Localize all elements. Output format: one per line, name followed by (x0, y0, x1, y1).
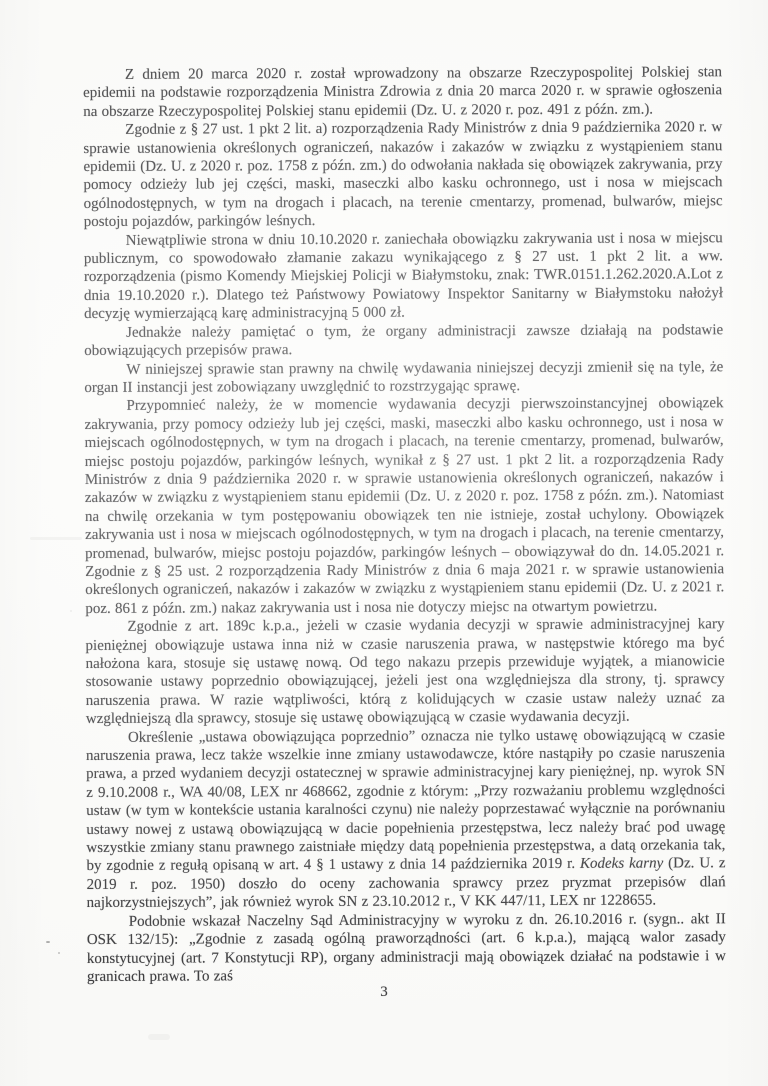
paragraph-text: Podobnie wskazał Naczelny Sąd Administra… (87, 911, 726, 985)
paragraph-epidemic-declaration: Z dniem 20 marca 2020 r. został wprowadz… (83, 63, 722, 121)
scan-smudge (148, 1034, 170, 1040)
paragraph-obligation-repealed: Przypomnieć należy, że w momencie wydawa… (84, 395, 724, 619)
paragraph-text: Przypomnieć należy, że w momencie wydawa… (85, 396, 725, 617)
paragraph-text: Określenie „ustawa obowiązująca poprzedn… (86, 727, 725, 875)
scan-speck (58, 952, 60, 954)
paragraph-administration-principle: Jednakże należy pamiętać o tym, że organ… (84, 321, 723, 361)
paragraph-regulation-27: Zgodnie z § 27 ust. 1 pkt 2 lit. a) rozp… (83, 118, 722, 231)
paragraph-art-189c: Zgodnie z art. 189c k.p.a., jeżeli w cza… (85, 615, 724, 728)
paragraph-nsa-ruling: Podobnie wskazał Naczelny Sąd Administra… (87, 910, 726, 986)
paragraph-text: Zgodnie z art. 189c k.p.a., jeżeli w cza… (85, 616, 724, 727)
page-number: 3 (0, 984, 768, 1001)
scanned-document-page: Z dniem 20 marca 2020 r. został wprowadz… (0, 0, 768, 1086)
scan-speck (46, 941, 50, 943)
scan-smudge (30, 537, 82, 540)
paragraph-text: Niewątpliwie strona w dniu 10.10.2020 r.… (84, 230, 723, 322)
italic-statute-title: Kodeks karny (580, 856, 663, 872)
paragraph-violation: Niewątpliwie strona w dniu 10.10.2020 r.… (84, 229, 723, 324)
paragraph-legal-state-change: W niniejszej sprawie stan prawny na chwi… (84, 358, 723, 398)
paragraph-text: Jednakże należy pamiętać o tym, że organ… (84, 322, 723, 359)
paragraph-text: Zgodnie z § 27 ust. 1 pkt 2 lit. a) rozp… (83, 119, 722, 230)
paragraph-text: W niniejszej sprawie stan prawny na chwi… (84, 359, 723, 396)
scan-speck (70, 610, 72, 612)
paragraph-text: Z dniem 20 marca 2020 r. został wprowadz… (83, 64, 722, 120)
document-body: Z dniem 20 marca 2020 r. został wprowadz… (83, 63, 726, 986)
paragraph-previous-law: Określenie „ustawa obowiązująca poprzedn… (86, 726, 726, 913)
